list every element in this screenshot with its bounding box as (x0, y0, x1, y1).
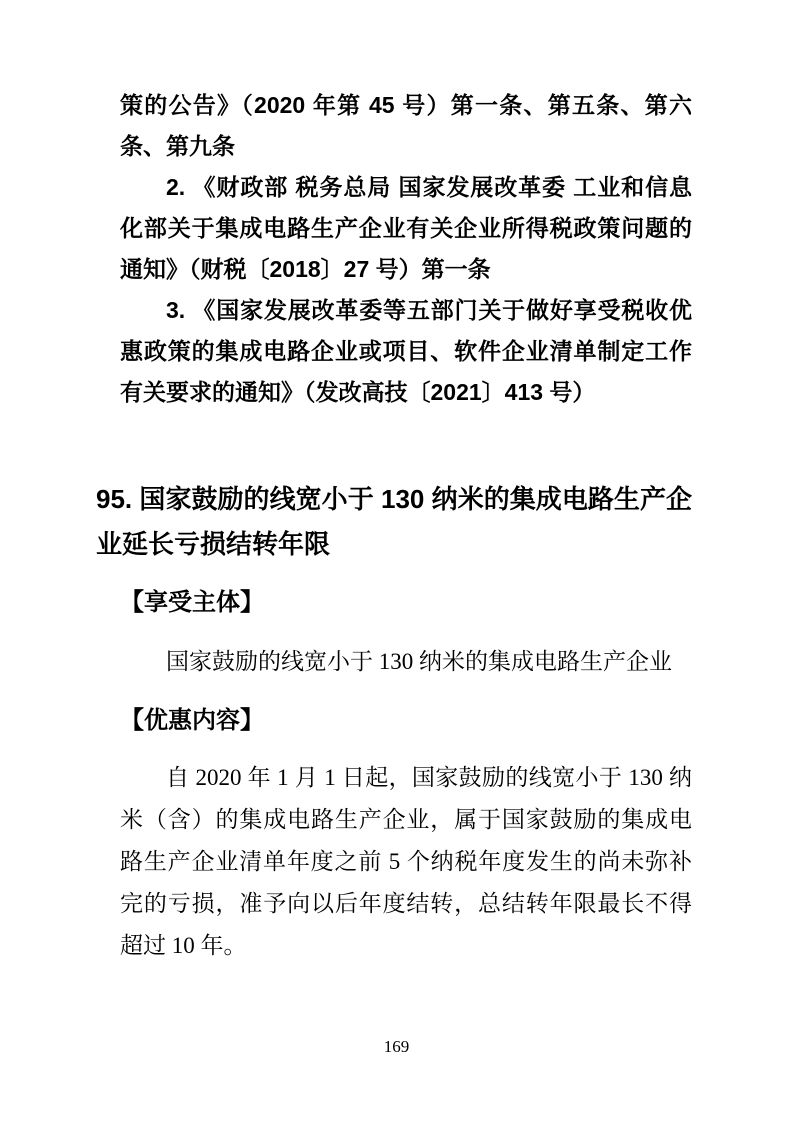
benefit-section-header: 【优惠内容】 (120, 700, 692, 742)
policy-basis-item: 3. 《国家发展改革委等五部门关于做好享受税收优惠政策的集成电路企业或项目、软件… (120, 290, 692, 413)
policy-basis-list: 策的公告》（2020 年第 45 号）第一条、第五条、第六条、第九条 2. 《财… (120, 85, 692, 413)
policy-basis-item: 2. 《财政部 税务总局 国家发展改革委 工业和信息化部关于集成电路生产企业有关… (120, 167, 692, 290)
benefit-text: 自 2020 年 1 月 1 日起，国家鼓励的线宽小于 130 纳米（含）的集成… (120, 757, 692, 967)
policy-basis-item: 策的公告》（2020 年第 45 号）第一条、第五条、第六条、第九条 (120, 85, 692, 167)
item-95-heading: 95. 国家鼓励的线宽小于 130 纳米的集成电路生产企业延长亏损结转年限 (96, 477, 692, 567)
document-page: 策的公告》（2020 年第 45 号）第一条、第五条、第六条、第九条 2. 《财… (0, 0, 793, 1122)
subject-section-header: 【享受主体】 (120, 582, 692, 624)
page-number: 169 (0, 1036, 793, 1058)
subject-text: 国家鼓励的线宽小于 130 纳米的集成电路生产企业 (120, 641, 692, 683)
